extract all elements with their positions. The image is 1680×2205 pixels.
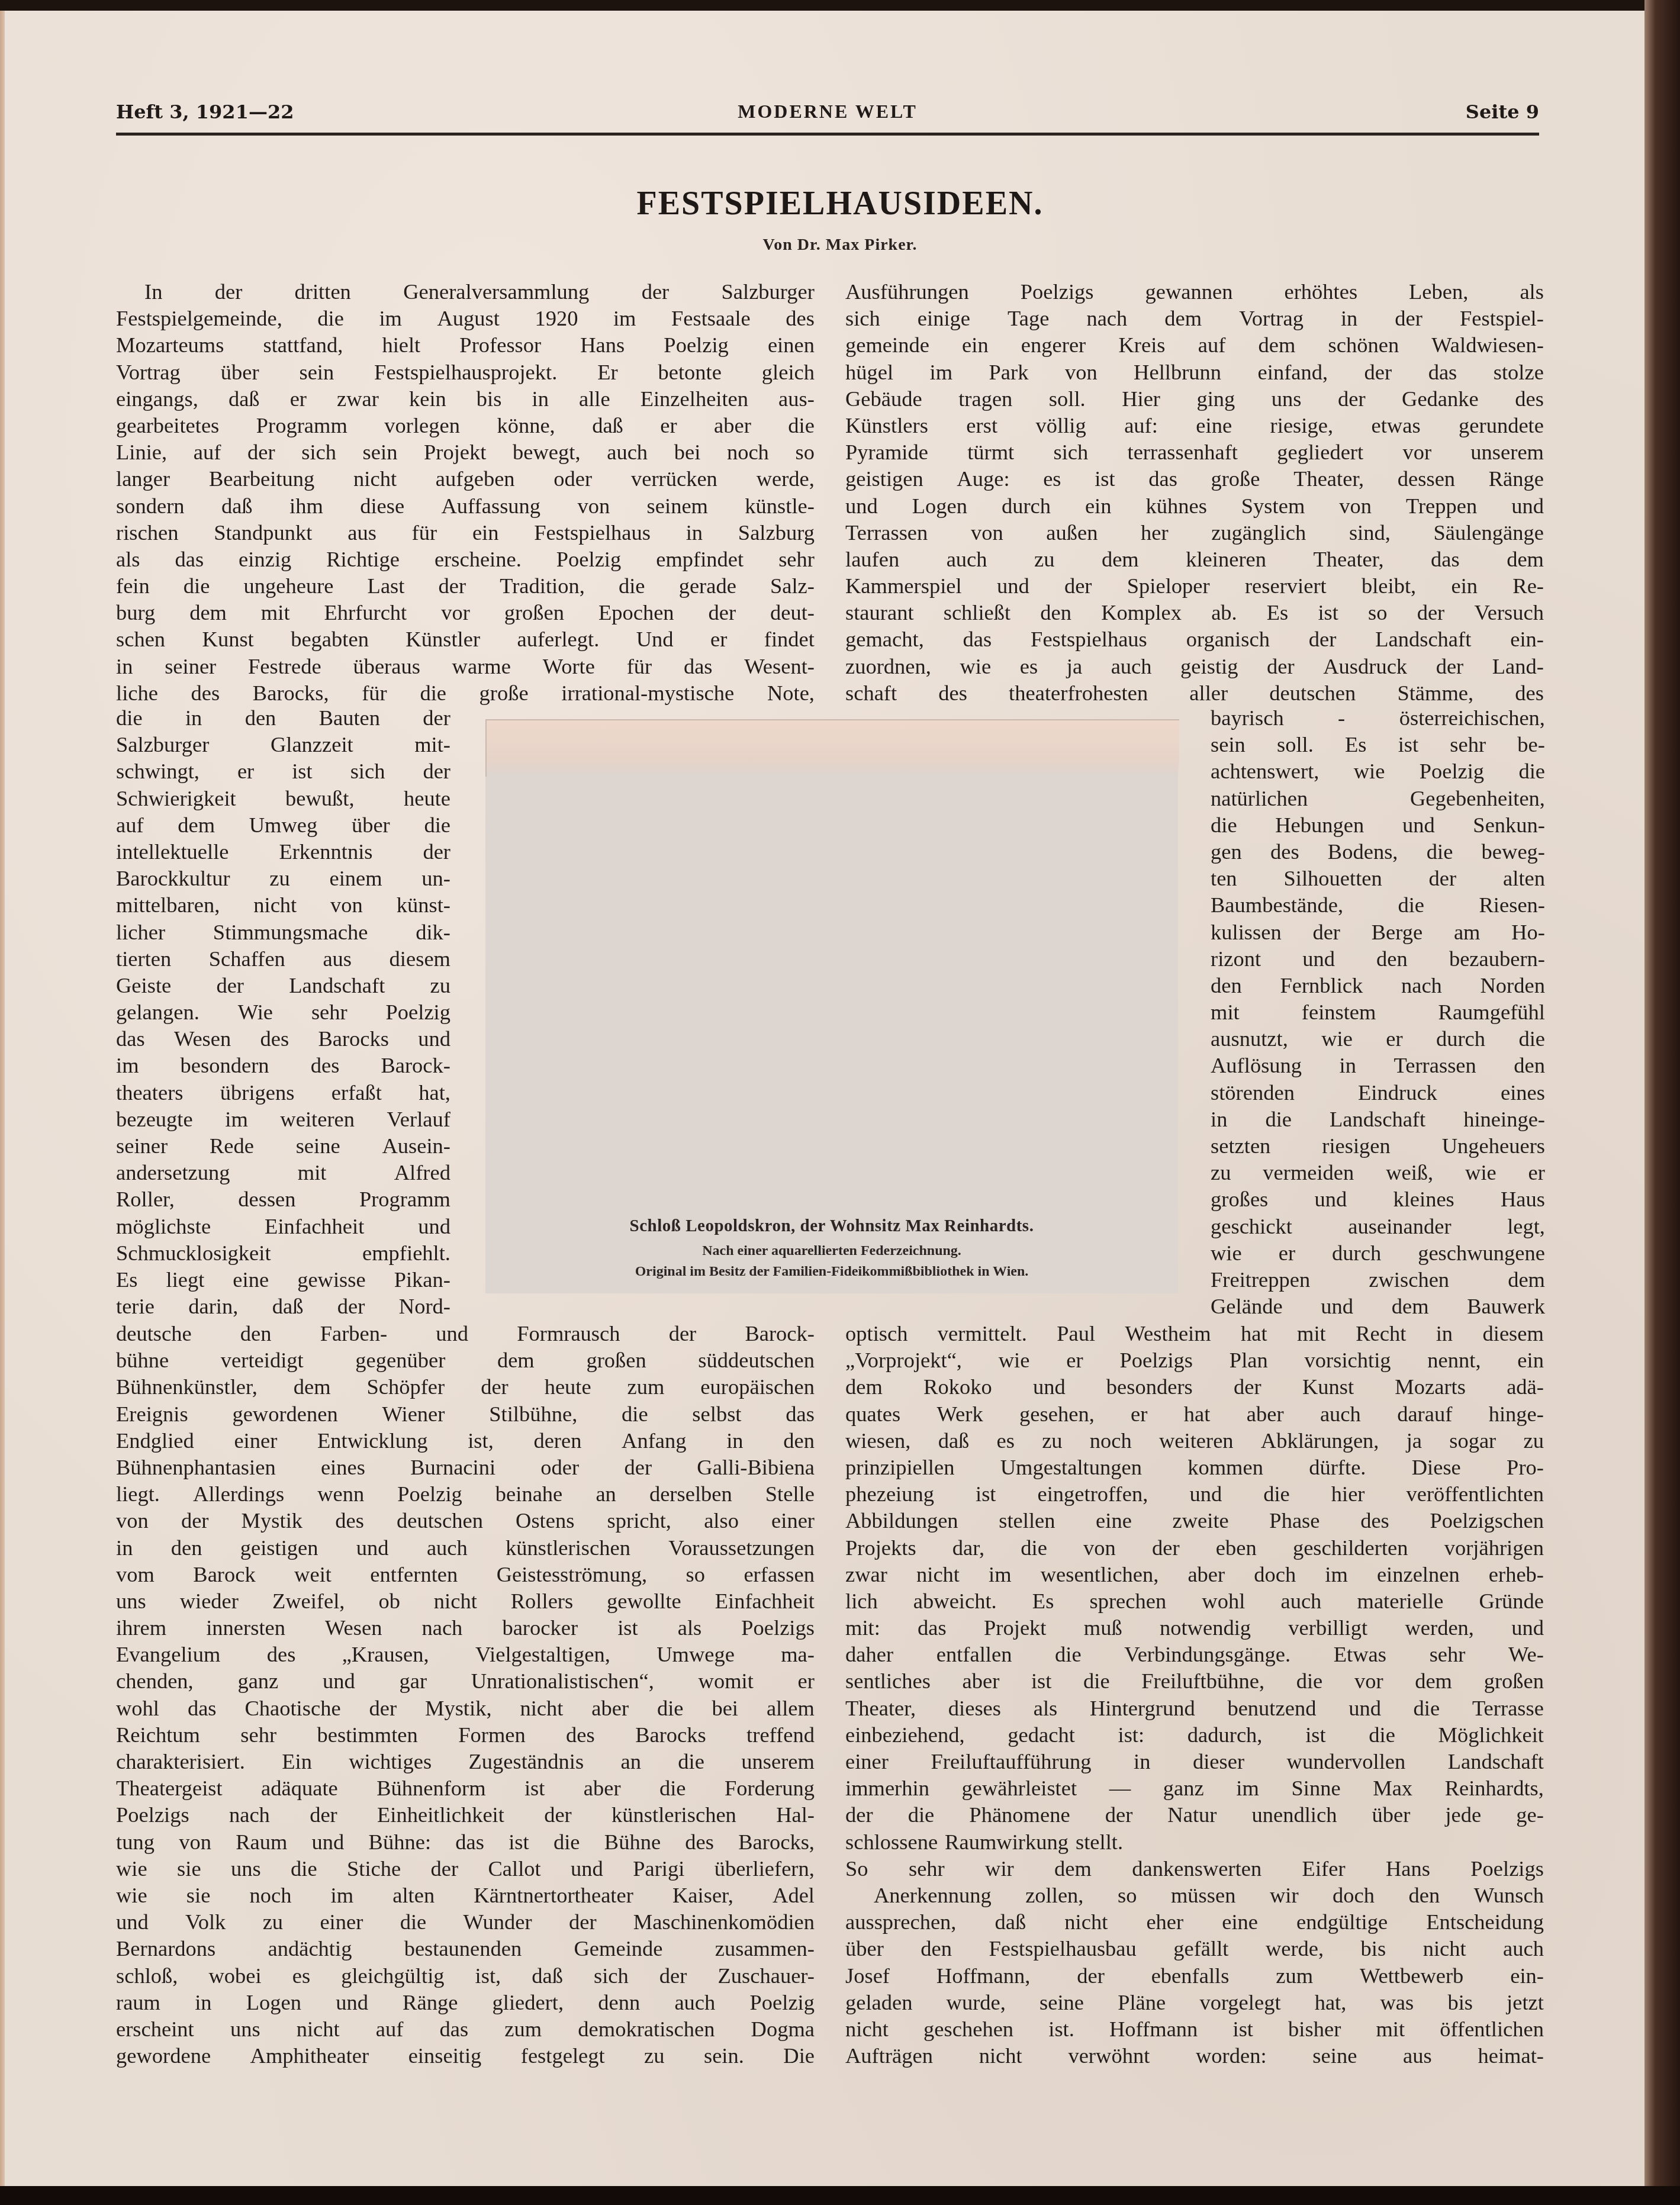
text-line: schenKunstbegabtenKünstlerauferlegt.Unde… xyxy=(116,626,815,652)
text-line: „Vorprojekt“,wieerPoelzigsPlanvorsichtig… xyxy=(845,1347,1544,1373)
text-line: seinsoll.Esistsehrbe- xyxy=(1211,731,1545,758)
left-column-top: InderdrittenGeneralversammlungderSalzbur… xyxy=(116,278,815,706)
text-line: Linie,aufdersichseinProjektbewegt,auchbe… xyxy=(116,439,815,465)
text-line: möglichsteEinfachheitund xyxy=(116,1213,450,1240)
text-line: KammerspielundderSpieloperreserviertblei… xyxy=(845,572,1544,599)
page-stack-edge xyxy=(1644,0,1680,2205)
text-line: Freitreppenzwischendem xyxy=(1211,1266,1545,1293)
text-line: andersetzungmitAlfred xyxy=(116,1159,450,1186)
text-line: wiesienochimaltenKärntnertortheaterKaise… xyxy=(116,1882,815,1908)
text-line: ihreminnerstenWesennachbarockeristalsPoe… xyxy=(116,1614,815,1641)
text-line: undVolkzueinerdieWunderderMaschinenkomöd… xyxy=(116,1908,815,1935)
text-line: tiertenSchaffenausdiesem xyxy=(116,945,450,972)
text-line: lichabweicht.Essprechenwohlauchmateriell… xyxy=(845,1588,1544,1614)
text-line: teriedarin,daßderNord- xyxy=(116,1293,450,1319)
text-line: sentlichesaberistdieFreiluftbühne,dievor… xyxy=(845,1668,1544,1694)
text-line: vomBarockweitentferntenGeistesströmung,s… xyxy=(116,1561,815,1588)
text-line: Theater,diesesalsHintergrundbenutzendund… xyxy=(845,1695,1544,1721)
text-line: rizontunddenbezaubern- xyxy=(1211,945,1545,972)
right-column-bottom: optischvermittelt.PaulWestheimhatmitRech… xyxy=(845,1320,1544,2069)
text-line: geistigenAuge:esistdasgroßeTheater,desse… xyxy=(845,465,1544,492)
text-line: sicheinigeTagenachdemVortraginderFestspi… xyxy=(845,305,1544,331)
text-line: sonderndaßihmdieseAuffassungvonseinemkün… xyxy=(116,492,815,519)
text-line: ReichtumsehrbestimmtenFormendesBarockstr… xyxy=(116,1721,815,1748)
text-line: mittelbaren,nichtvonkünst- xyxy=(116,891,450,918)
text-line: staurantschließtdenKomplexab.EsistsoderV… xyxy=(845,599,1544,626)
text-line: aufdemUmwegüberdie xyxy=(116,812,450,838)
text-line: hügelimParkvonHellbrunneinfand,derdassto… xyxy=(845,359,1544,385)
text-line: rauminLogenundRängegliedert,dennauchPoel… xyxy=(116,1989,815,2016)
text-line: Baumbestände,dieRiesen- xyxy=(1211,891,1545,918)
text-line: Mozarteumsstattfand,hieltProfessorHansPo… xyxy=(116,331,815,358)
text-line: gemeindeeinengererKreisaufdemschönenWald… xyxy=(845,331,1544,358)
text-line: wohldasChaotischederMystik,nichtaberdieb… xyxy=(116,1695,815,1721)
text-line: quatesWerkgesehen,erhataberauchdaraufhin… xyxy=(845,1401,1544,1427)
text-line: dasWesendesBarocksund xyxy=(116,1025,450,1052)
text-line: Künstlerserstvölligauf:eineriesige,etwas… xyxy=(845,412,1544,439)
figure-caption-source: Original im Besitz der Familien-Fideikom… xyxy=(485,1264,1178,1280)
text-line: immerhingewährleistet—ganzimSinneMaxRein… xyxy=(845,1775,1544,1801)
text-line: gearbeitetesProgrammvorlegenkönne,daßera… xyxy=(116,412,815,439)
figure-caption-technique: Nach einer aquarellierten Federzeichnung… xyxy=(485,1243,1178,1259)
text-line: langerBearbeitungnichtaufgebenoderverrüc… xyxy=(116,465,815,492)
article-byline: Von Dr. Max Pirker. xyxy=(0,236,1680,255)
text-line: dieindenBautender xyxy=(116,704,450,731)
text-line: bühneverteidigtgegenüberdemgroßensüddeut… xyxy=(116,1347,815,1373)
text-line: zuvermeidenweiß,wieer xyxy=(1211,1159,1545,1186)
text-line: Schmucklosigkeitempfiehlt. xyxy=(116,1240,450,1266)
text-line: mit:dasProjektmußnotwendigverbilligtwerd… xyxy=(845,1614,1544,1641)
text-line: burgdemmitEhrfurchtvorgroßenEpochenderde… xyxy=(116,599,815,626)
text-line: deutschedenFarben-undFormrauschderBarock… xyxy=(116,1320,815,1347)
illustration-sky-tint xyxy=(485,719,1179,777)
text-line: GeistederLandschaftzu xyxy=(116,972,450,999)
figure-caption-title: Schloß Leopoldskron, der Wohnsitz Max Re… xyxy=(485,1216,1178,1236)
text-line: setztenriesigenUngeheuers xyxy=(1211,1132,1545,1159)
text-line: theatersübrigenserfaßthat, xyxy=(116,1079,450,1106)
text-line: dieHebungenundSenkun- xyxy=(1211,812,1545,838)
text-line: achtenswert,wiePoelzigdie xyxy=(1211,758,1545,784)
text-line: unswiederZweifel,obnichtRollersgewollteE… xyxy=(116,1588,815,1614)
text-line: alsdaseinzigRichtigeerscheine.Poelzigemp… xyxy=(116,546,815,572)
text-line: liegt.AllerdingswennPoelzigbeinaheanders… xyxy=(116,1480,815,1507)
text-line: großesundkleinesHaus xyxy=(1211,1186,1545,1212)
right-column-narrow: bayrisch-österreichischen,seinsoll.Esist… xyxy=(1211,704,1545,1319)
text-line: GeländeunddemBauwerk xyxy=(1211,1293,1545,1319)
text-line: überdenFestspielhausbaugefälltwerde,bisn… xyxy=(845,1935,1544,1962)
text-line: EsliegteinegewissePikan- xyxy=(116,1266,450,1293)
text-line: charakterisiert.EinwichtigesZugeständnis… xyxy=(116,1748,815,1775)
text-line: wiesen,daßeszunochweiterenAbklärungen,ja… xyxy=(845,1427,1544,1454)
text-line: indieLandschafthineinge- xyxy=(1211,1106,1545,1132)
text-line: geladenwurde,seinePlänevorgelegthat,wasb… xyxy=(845,1989,1544,2016)
left-column-bottom: deutschedenFarben-undFormrauschderBarock… xyxy=(116,1320,815,2069)
text-line: aussprechen,daßnichtehereineendgültigeEn… xyxy=(845,1908,1544,1935)
text-line: Roller,dessenProgramm xyxy=(116,1186,450,1212)
text-line: licherStimmungsmachedik- xyxy=(116,919,450,945)
text-line: tenSilhouettenderalten xyxy=(1211,865,1545,891)
right-column-top: AusführungenPoelzigsgewannenerhöhtesLebe… xyxy=(845,278,1544,706)
text-line: laufenauchzudemkleinerenTheater,dasdem xyxy=(845,546,1544,572)
text-line: optischvermittelt.PaulWestheimhatmitRech… xyxy=(845,1320,1544,1347)
text-line: Festspielgemeinde,dieimAugust1920imFests… xyxy=(116,305,815,331)
text-line: rischenStandpunktausfüreinFestspielhausi… xyxy=(116,519,815,546)
running-head: Heft 3, 1921—22 MODERNE WELT Seite 9 xyxy=(116,101,1539,130)
text-line: störendenEindruckeines xyxy=(1211,1079,1545,1106)
text-line: daherentfallendieVerbindungsgänge.Etwass… xyxy=(845,1641,1544,1668)
text-line: natürlichenGegebenheiten, xyxy=(1211,785,1545,812)
text-line: Terrassenvonaußenherzugänglichsind,Säule… xyxy=(845,519,1544,546)
text-line: BühnenphantasieneinesBurnacinioderderGal… xyxy=(116,1454,815,1480)
text-line: einbeziehend,gedachtist:dadurch,istdieMö… xyxy=(845,1721,1544,1748)
page-number: Seite 9 xyxy=(1466,101,1539,123)
text-line: EreignisgewordenenWienerStilbühne,diesel… xyxy=(116,1401,815,1427)
magazine-name: MODERNE WELT xyxy=(116,101,1539,123)
text-line: AbbildungenstelleneinezweitePhasedesPoel… xyxy=(845,1507,1544,1534)
text-line: mitfeinstemRaumgefühl xyxy=(1211,999,1545,1025)
text-line: derdiePhänomenederNaturunendlichüberjede… xyxy=(845,1801,1544,1828)
text-line: zuordnen,wieesjaauchgeistigderAusdruckde… xyxy=(845,653,1544,680)
text-line: undLogendurcheinkühnesSystemvonTreppenun… xyxy=(845,492,1544,519)
text-line: Pyramidetürmtsichterrassenhaftgegliedert… xyxy=(845,439,1544,465)
text-line: ausnutzt,wieerdurchdie xyxy=(1211,1025,1545,1052)
text-line: schlosseneRaumwirkungstellt. xyxy=(845,1829,1544,1855)
text-line: SosehrwirdemdankenswertenEiferHansPoelzi… xyxy=(845,1855,1544,1882)
text-line: schwingt,eristsichder xyxy=(116,758,450,784)
text-line: vonderMystikdesdeutschenOstensspricht,al… xyxy=(116,1507,815,1534)
text-line: geschicktauseinanderlegt, xyxy=(1211,1213,1545,1240)
text-line: intellektuelleErkenntnisder xyxy=(116,838,450,865)
text-line: EndgliedeinerEntwicklungist,derenAnfangi… xyxy=(116,1427,815,1454)
text-line: AusführungenPoelzigsgewannenerhöhtesLebe… xyxy=(845,278,1544,305)
text-line: VortragüberseinFestspielhausprojekt.Erbe… xyxy=(116,359,815,385)
text-line: einerFreiluftaufführungindieserwundervol… xyxy=(845,1748,1544,1775)
scan-background xyxy=(0,2186,1680,2205)
text-line: Gebäudetragensoll.HiergingunsderGedanked… xyxy=(845,385,1544,412)
left-column-narrow: dieindenBautenderSalzburgerGlanzzeitmit-… xyxy=(116,704,450,1319)
text-line: wiesieunsdieStichederCallotundParigiüber… xyxy=(116,1855,815,1882)
text-line: Barockkulturzueinemun- xyxy=(116,865,450,891)
text-line: bezeugteimweiterenVerlauf xyxy=(116,1106,450,1132)
text-line: tungvonRaumundBühne:dasistdieBühnedesBar… xyxy=(116,1829,815,1855)
text-line: Anerkennungzollen,somüssenwirdochdenWuns… xyxy=(845,1882,1544,1908)
text-line: erscheintunsnichtaufdaszumdemokratischen… xyxy=(116,2016,815,2042)
article-title: FESTSPIELHAUSIDEEN. xyxy=(0,185,1680,223)
text-line: gendesBodens,diebeweg- xyxy=(1211,838,1545,865)
text-line: Aufträgennichtverwöhntworden:seineaushei… xyxy=(845,2042,1544,2069)
text-line: gewordeneAmphitheatereinseitigfestgelegt… xyxy=(116,2042,815,2069)
text-line: JosefHoffmann,derebenfallszumWettbewerbe… xyxy=(845,1962,1544,1989)
text-line: Projektsdar,dievonderebengeschildertenvo… xyxy=(845,1534,1544,1561)
text-line: Schwierigkeitbewußt,heute xyxy=(116,785,450,812)
text-line: kulissenderBergeamHo- xyxy=(1211,919,1545,945)
text-line: gemacht,dasFestspielhausorganischderLand… xyxy=(845,626,1544,652)
text-line: BernardonsandächtigbestaunendenGemeindez… xyxy=(116,1935,815,1962)
text-line: seinerRedeseineAusein- xyxy=(116,1132,450,1159)
text-line: feindieungeheureLastderTradition,diegera… xyxy=(116,572,815,599)
text-line: gelangen.WiesehrPoelzig xyxy=(116,999,450,1025)
text-line: denFernblicknachNorden xyxy=(1211,972,1545,999)
text-line: imbesonderndesBarock- xyxy=(116,1052,450,1079)
text-line: schaftdestheaterfrohestenallerdeutschenS… xyxy=(845,680,1544,706)
text-line: eingangs,daßerzwarkeinbisinalleEinzelhei… xyxy=(116,385,815,412)
text-line: prinzipiellenUmgestaltungenkommendürfte.… xyxy=(845,1454,1544,1480)
text-line: chenden,ganzundgarUnrationalistischen“,w… xyxy=(116,1668,815,1694)
text-line: AuflösunginTerrassenden xyxy=(1211,1052,1545,1079)
text-line: nichtgeschehenist.Hoffmannistbishermitöf… xyxy=(845,2016,1544,2042)
text-line: wieerdurchgeschwungene xyxy=(1211,1240,1545,1266)
text-line: TheatergeistadäquateBühnenformistaberdie… xyxy=(116,1775,815,1801)
text-line: lichedesBarocks,fürdiegroßeirrational-my… xyxy=(116,680,815,706)
text-line: phezeiungisteingetroffen,unddiehierveröf… xyxy=(845,1480,1544,1507)
header-rule xyxy=(116,133,1539,136)
text-line: InderdrittenGeneralversammlungderSalzbur… xyxy=(116,278,815,305)
text-line: SalzburgerGlanzzeitmit- xyxy=(116,731,450,758)
text-line: Bühnenkünstler,demSchöpferderheutezumeur… xyxy=(116,1373,815,1400)
text-line: schloß,wobeiesgleichgültigist,daßsichder… xyxy=(116,1962,815,1989)
text-line: zwarnichtimwesentlichen,aberdochimeinzel… xyxy=(845,1561,1544,1588)
text-line: demRokokoundbesondersderKunstMozartsadä- xyxy=(845,1373,1544,1400)
text-line: indengeistigenundauchkünstlerischenVorau… xyxy=(116,1534,815,1561)
illustration-schloss-leopoldskron xyxy=(485,719,1178,1293)
text-line: PoelzigsnachderEinheitlichkeitderkünstle… xyxy=(116,1801,815,1828)
text-line: inseinerFestredeüberauswarmeWortefürdasW… xyxy=(116,653,815,680)
text-line: bayrisch-österreichischen, xyxy=(1211,704,1545,731)
text-line: Evangeliumdes„Krausen,Vielgestaltigen,Um… xyxy=(116,1641,815,1668)
